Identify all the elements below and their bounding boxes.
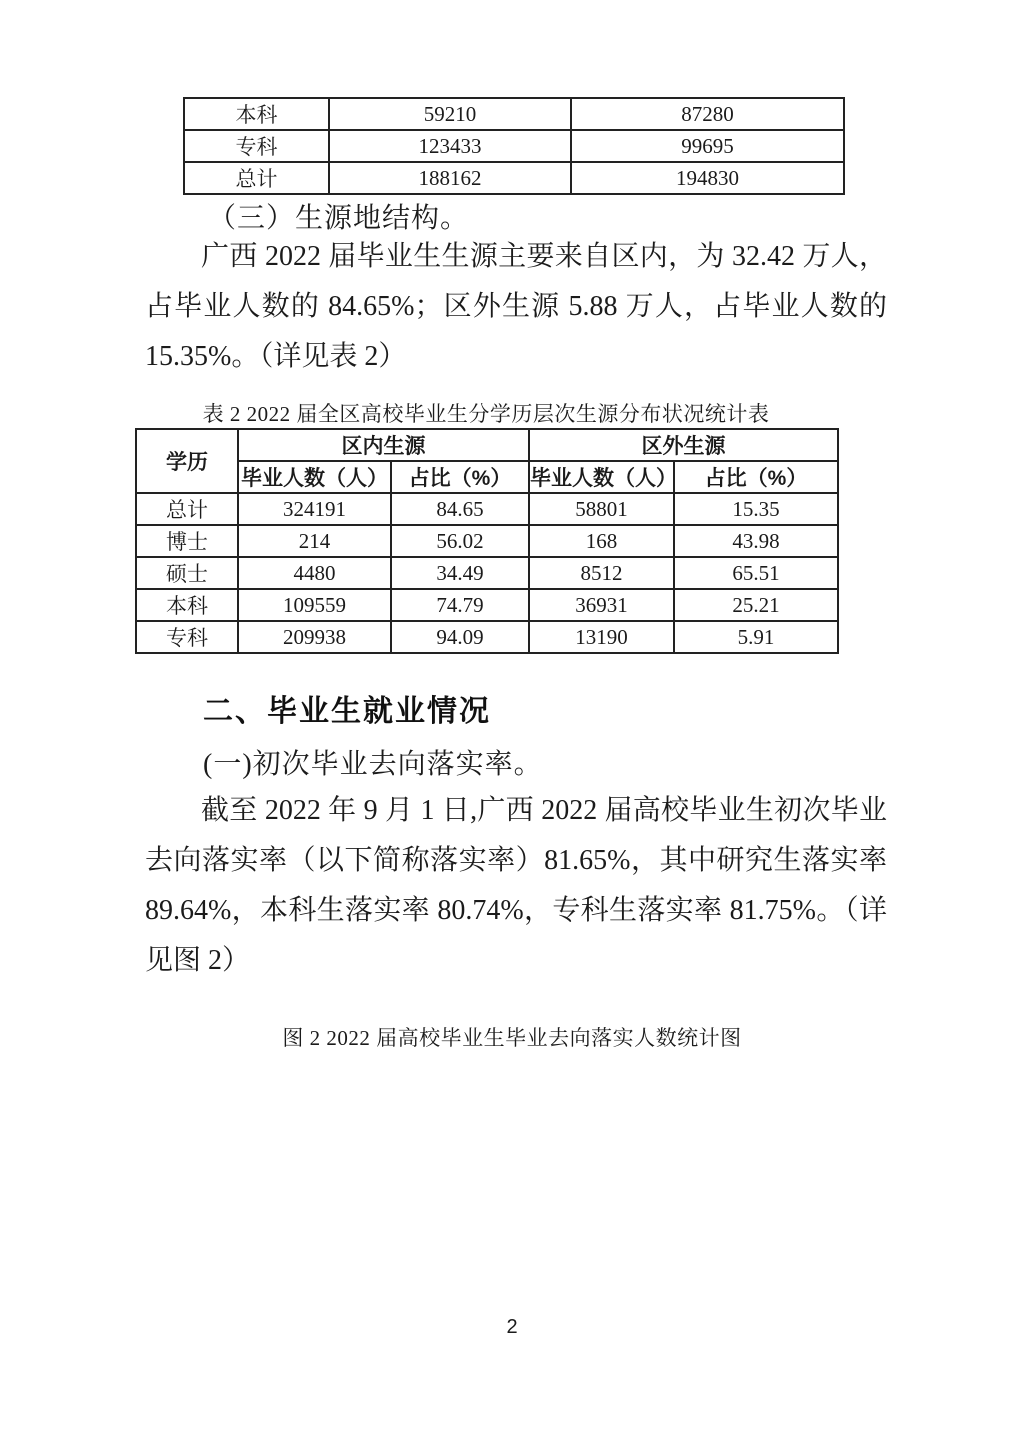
count-cell: 13190 <box>529 621 674 653</box>
degree-cell: 本科 <box>184 98 329 130</box>
count-cell: 87280 <box>571 98 844 130</box>
table-subheader-row: 毕业人数（人） 占比（%） 毕业人数（人） 占比（%） <box>136 461 838 493</box>
degree-cell: 博士 <box>136 525 238 557</box>
count-cell: 4480 <box>238 557 391 589</box>
header-pct-inside: 占比（%） <box>391 461 529 493</box>
header-pct-outside: 占比（%） <box>674 461 838 493</box>
pct-cell: 84.65 <box>391 493 529 525</box>
figure2-caption: 图 2 2022 届高校毕业生毕业去向落实人数统计图 <box>112 1022 912 1052</box>
pct-cell: 43.98 <box>674 525 838 557</box>
count-cell: 209938 <box>238 621 391 653</box>
section-heading-employment: 二、毕业生就业情况 <box>203 686 491 730</box>
pct-cell: 74.79 <box>391 589 529 621</box>
count-cell: 36931 <box>529 589 674 621</box>
table-row: 总计 188162 194830 <box>184 162 844 194</box>
degree-cell: 本科 <box>136 589 238 621</box>
pct-cell: 65.51 <box>674 557 838 589</box>
table-row: 专科 123433 99695 <box>184 130 844 162</box>
pct-cell: 5.91 <box>674 621 838 653</box>
table-row: 博士 214 56.02 168 43.98 <box>136 525 838 557</box>
count-cell: 123433 <box>329 130 571 162</box>
pct-cell: 56.02 <box>391 525 529 557</box>
table-row: 总计 324191 84.65 58801 15.35 <box>136 493 838 525</box>
origin-distribution-table: 学历 区内生源 区外生源 毕业人数（人） 占比（%） 毕业人数（人） 占比（%）… <box>135 428 839 654</box>
pct-cell: 25.21 <box>674 589 838 621</box>
count-cell: 188162 <box>329 162 571 194</box>
degree-cell: 专科 <box>136 621 238 653</box>
pct-cell: 34.49 <box>391 557 529 589</box>
header-group-outside: 区外生源 <box>529 429 838 461</box>
count-cell: 109559 <box>238 589 391 621</box>
count-cell: 58801 <box>529 493 674 525</box>
count-cell: 324191 <box>238 493 391 525</box>
header-degree: 学历 <box>136 429 238 493</box>
pct-cell: 94.09 <box>391 621 529 653</box>
table-header-row: 学历 区内生源 区外生源 <box>136 429 838 461</box>
table-row: 硕士 4480 34.49 8512 65.51 <box>136 557 838 589</box>
page-number: 2 <box>0 1316 1024 1339</box>
document-page: 本科 59210 87280 专科 123433 99695 总计 188162… <box>0 0 1024 1448</box>
subsection-heading-placement-rate: (一)初次毕业去向落实率。 <box>203 742 543 782</box>
count-cell: 8512 <box>529 557 674 589</box>
count-cell: 168 <box>529 525 674 557</box>
degree-cell: 专科 <box>184 130 329 162</box>
degree-cell: 总计 <box>136 493 238 525</box>
degree-cell: 硕士 <box>136 557 238 589</box>
count-cell: 99695 <box>571 130 844 162</box>
section-heading-origin-structure: （三）生源地结构。 <box>208 196 469 236</box>
paragraph-placement-rate: 截至 2022 年 9 月 1 日,广西 2022 届高校毕业生初次毕业去向落实… <box>145 786 887 986</box>
table2-caption: 表 2 2022 届全区高校毕业生分学历层次生源分布状况统计表 <box>112 398 860 428</box>
degree-cell: 总计 <box>184 162 329 194</box>
table-row: 本科 59210 87280 <box>184 98 844 130</box>
table-row: 本科 109559 74.79 36931 25.21 <box>136 589 838 621</box>
header-count-inside: 毕业人数（人） <box>238 461 391 493</box>
degree-count-table: 本科 59210 87280 专科 123433 99695 总计 188162… <box>183 97 845 195</box>
header-group-inside: 区内生源 <box>238 429 529 461</box>
header-count-outside: 毕业人数（人） <box>529 461 674 493</box>
count-cell: 214 <box>238 525 391 557</box>
count-cell: 59210 <box>329 98 571 130</box>
count-cell: 194830 <box>571 162 844 194</box>
table-row: 专科 209938 94.09 13190 5.91 <box>136 621 838 653</box>
pct-cell: 15.35 <box>674 493 838 525</box>
paragraph-origin-structure: 广西 2022 届毕业生生源主要来自区内，为 32.42 万人，占毕业人数的 8… <box>145 232 887 382</box>
